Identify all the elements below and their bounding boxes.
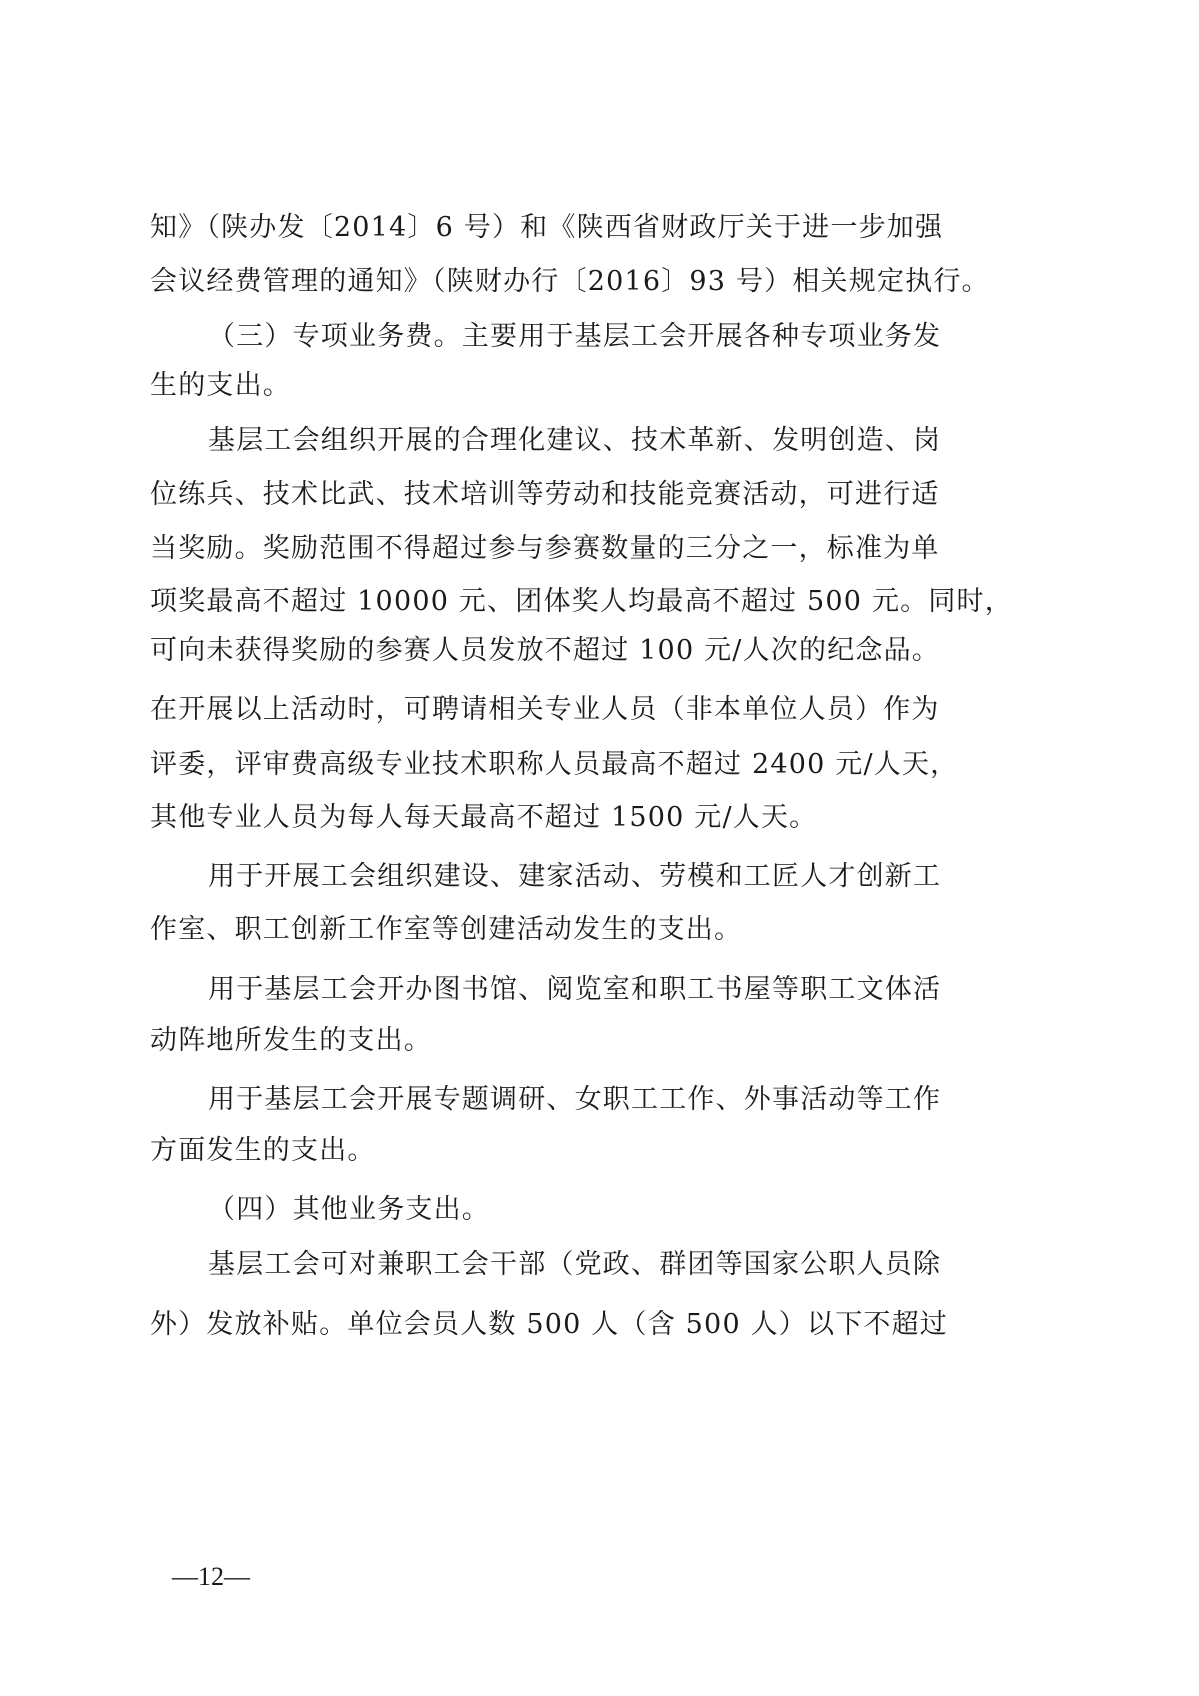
document-page: 知》（陕办发〔2014〕6 号）和《陕西省财政厅关于进一步加强 会议经费管理的通…: [0, 0, 1199, 1696]
text-line: 方面发生的支出。: [150, 1134, 970, 1168]
text-line: 项奖最高不超过 10000 元、团体奖人均最高不超过 500 元。同时，: [150, 585, 970, 619]
paragraph-start: 用于开展工会组织建设、建家活动、劳模和工匠人才创新工: [208, 860, 1028, 894]
text-line: 知》（陕办发〔2014〕6 号）和《陕西省财政厅关于进一步加强: [150, 211, 970, 245]
text-line: 动阵地所发生的支出。: [150, 1024, 970, 1058]
paragraph-start: 用于基层工会开办图书馆、阅览室和职工书屋等职工文体活: [208, 973, 1028, 1007]
section-heading-3: （三）专项业务费。主要用于基层工会开展各种专项业务发: [208, 320, 1028, 354]
text-line: 当奖励。奖励范围不得超过参与参赛数量的三分之一，标准为单: [150, 532, 970, 566]
text-line: 位练兵、技术比武、技术培训等劳动和技能竞赛活动，可进行适: [150, 478, 970, 512]
paragraph-start: 用于基层工会开展专题调研、女职工工作、外事活动等工作: [208, 1083, 1028, 1117]
text-line: 外）发放补贴。单位会员人数 500 人（含 500 人）以下不超过: [150, 1308, 970, 1342]
text-line: 生的支出。: [150, 369, 970, 403]
section-heading-4: （四）其他业务支出。: [208, 1193, 1028, 1227]
text-line: 在开展以上活动时，可聘请相关专业人员（非本单位人员）作为: [150, 693, 970, 727]
paragraph-start: 基层工会可对兼职工会干部（党政、群团等国家公职人员除: [208, 1248, 1028, 1282]
text-line: 评委，评审费高级专业技术职称人员最高不超过 2400 元/人天，: [150, 748, 970, 782]
paragraph-start: 基层工会组织开展的合理化建议、技术革新、发明创造、岗: [208, 424, 1028, 458]
text-line: 会议经费管理的通知》（陕财办行〔2016〕93 号）相关规定执行。: [150, 265, 970, 299]
text-line: 可向未获得奖励的参赛人员发放不超过 100 元/人次的纪念品。: [150, 634, 970, 668]
text-line: 其他专业人员为每人每天最高不超过 1500 元/人天。: [150, 801, 970, 835]
text-line: 作室、职工创新工作室等创建活动发生的支出。: [150, 913, 970, 947]
page-number: —12—: [172, 1562, 250, 1592]
